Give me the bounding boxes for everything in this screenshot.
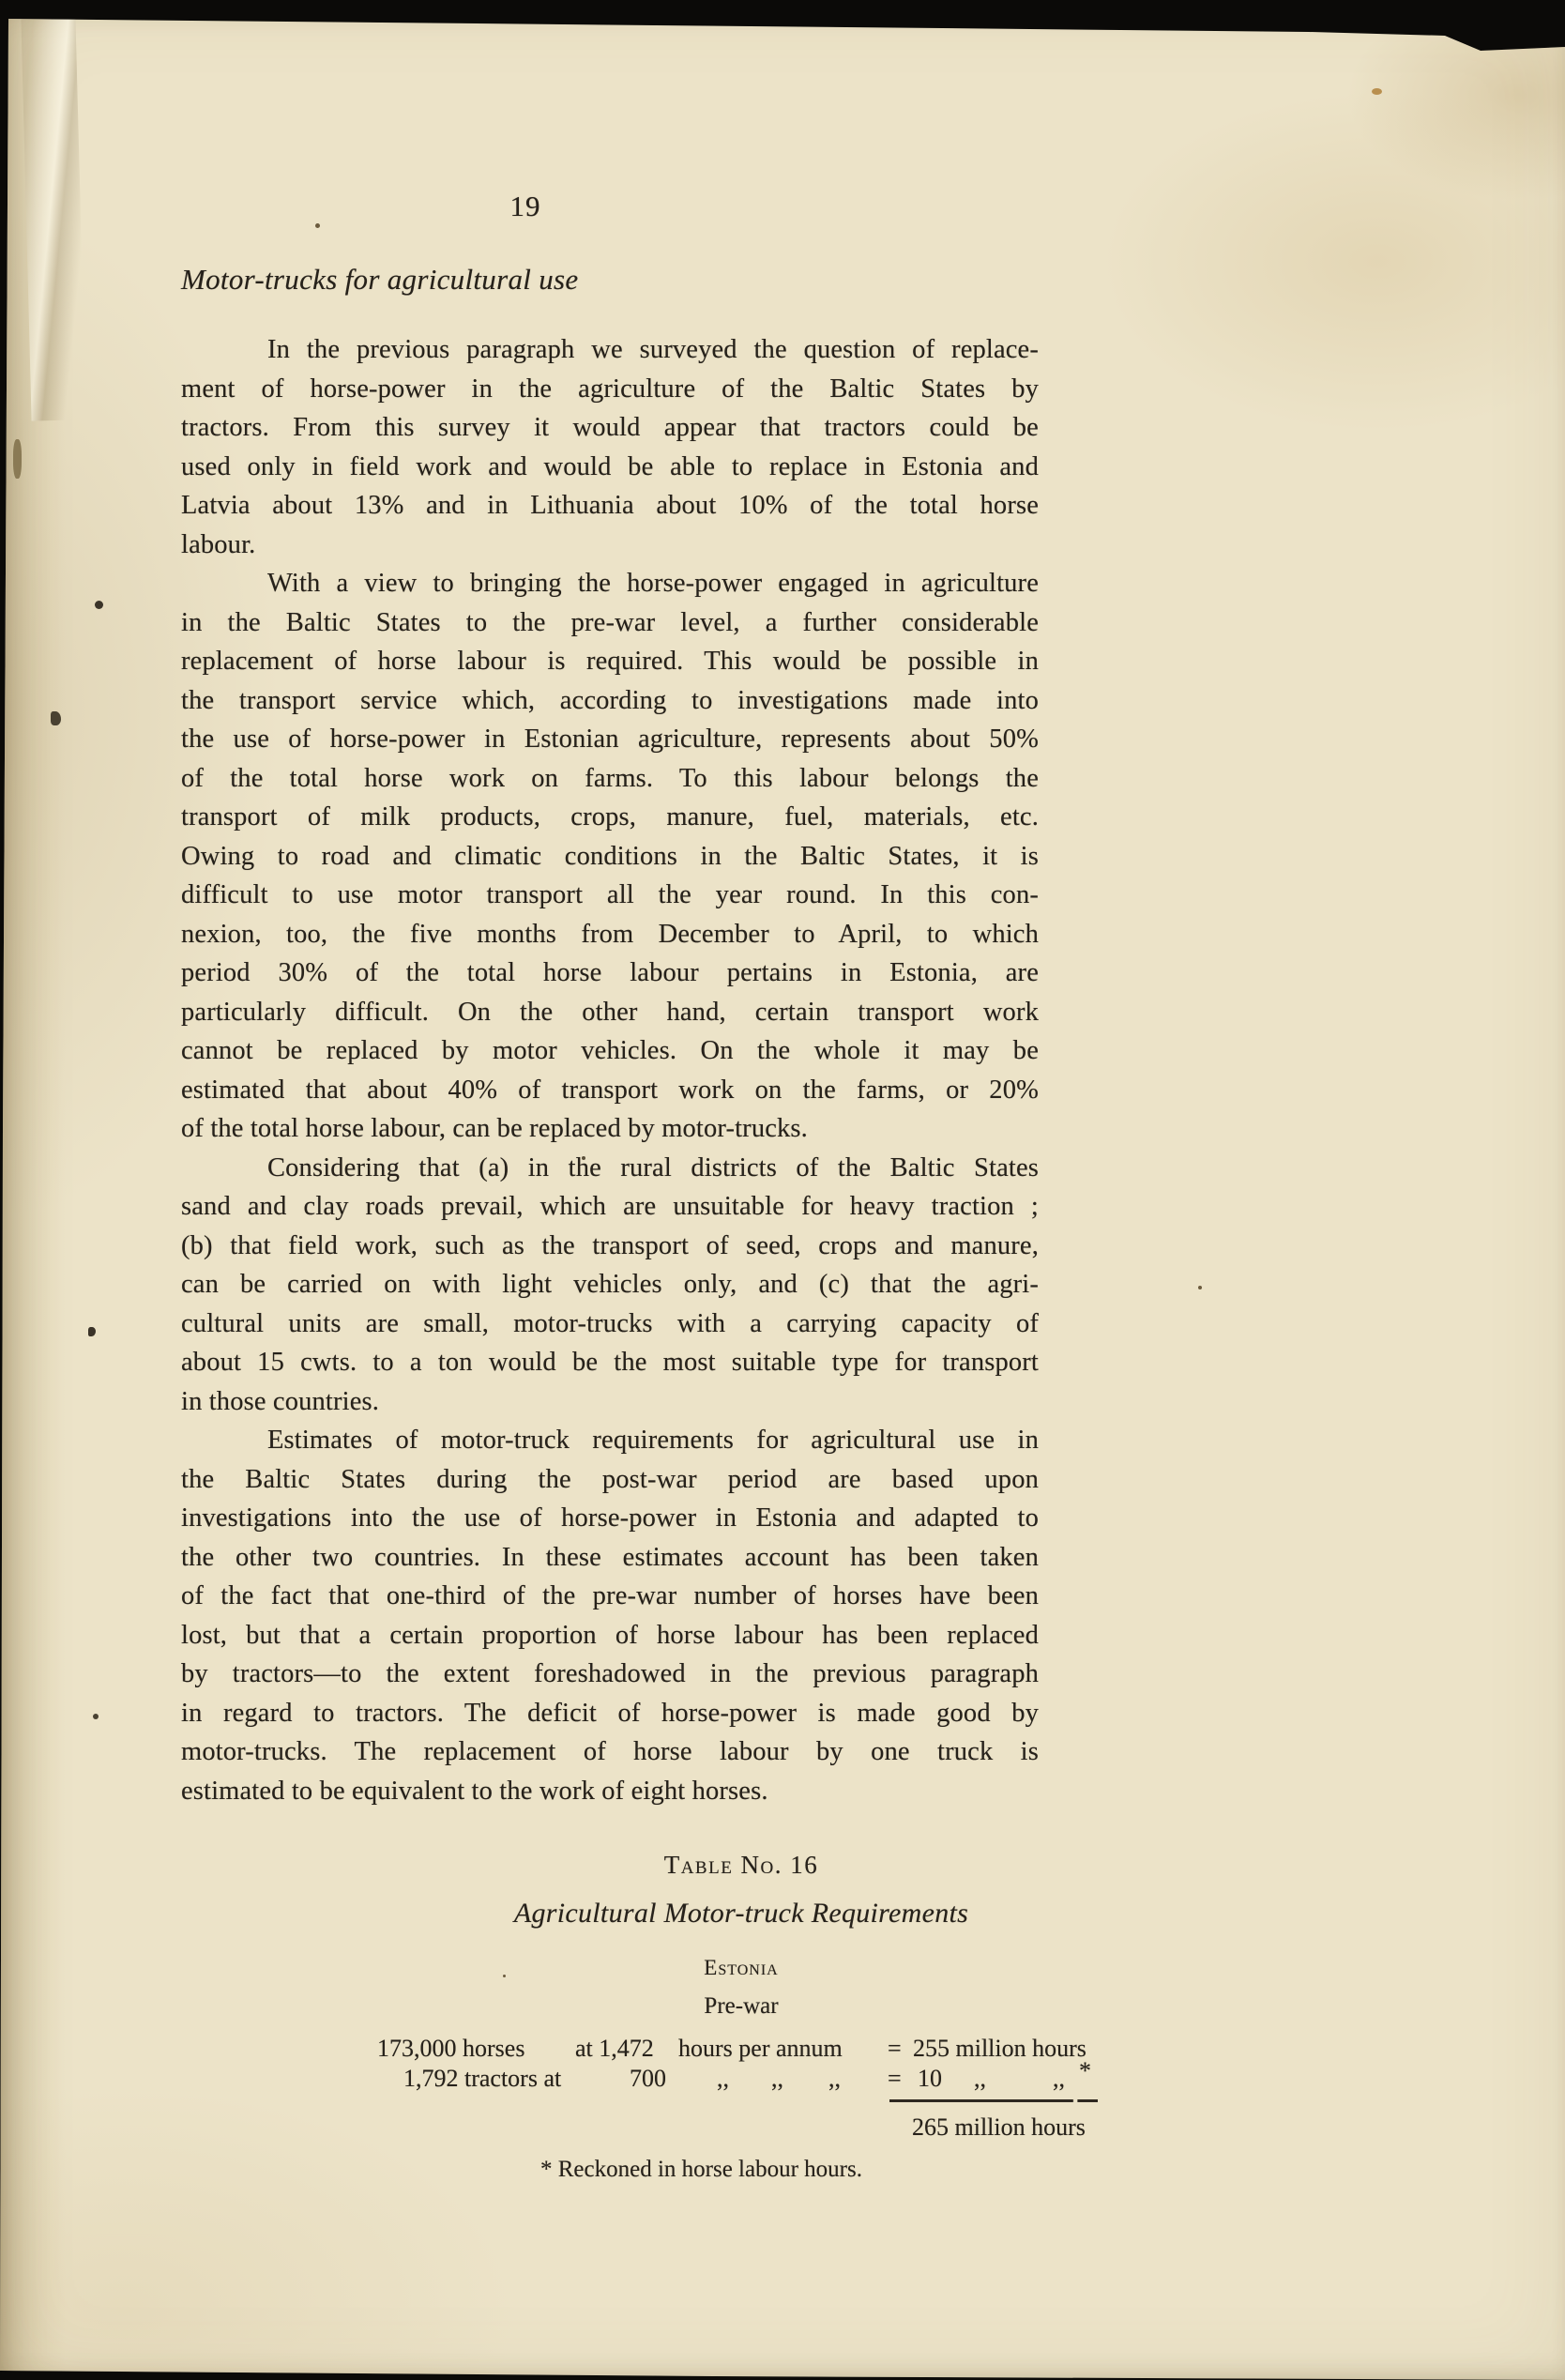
text-line: (b) that field work, such as the transpo… <box>181 1227 1039 1266</box>
footnote-asterisk: * <box>1079 2057 1091 2085</box>
ink-speck <box>88 1327 96 1336</box>
text-line: can be carried on with light vehicles on… <box>181 1265 1039 1304</box>
text-line: estimated to be equivalent to the work o… <box>181 1772 1039 1811</box>
text-line: ment of horse-power in the agriculture o… <box>181 370 1039 409</box>
text-line: period 30% of the total horse labour per… <box>181 954 1039 993</box>
row2-rate: 700 <box>630 2065 666 2093</box>
text-line: about 15 cwts. to a ton would be the mos… <box>181 1343 1039 1382</box>
row2-equals-sign: = <box>888 2065 902 2093</box>
text-line: replacement of horse labour is required.… <box>181 642 1039 681</box>
text-line: the use of horse-power in Estonian agric… <box>181 720 1039 759</box>
row2-quantity: 1,792 tractors at <box>403 2065 561 2093</box>
row2-ditto-mark: ,, <box>1053 2065 1065 2093</box>
text-line: of the fact that one-third of the pre-wa… <box>181 1577 1039 1616</box>
ink-speck <box>95 601 103 609</box>
table-title: Agricultural Motor-truck Requirements <box>0 1898 1482 1930</box>
table-total: 265 million hours <box>912 2113 1086 2142</box>
paper-crease <box>21 16 85 420</box>
row1-rate: at 1,472 <box>575 2035 654 2063</box>
row2-ditto-mark: ,, <box>771 2065 783 2093</box>
ink-speck <box>315 223 320 228</box>
text-line: Owing to road and climatic conditions in… <box>181 837 1039 877</box>
ink-speck <box>93 1714 99 1719</box>
text-line: used only in field work and would be abl… <box>181 448 1039 487</box>
text-line: estimated that about 40% of transport wo… <box>181 1071 1039 1110</box>
text-line: cannot be replaced by motor vehicles. On… <box>181 1031 1039 1071</box>
ink-speck <box>1372 88 1382 95</box>
table-country-heading: Estonia <box>0 1956 1482 1980</box>
text-line: transport of milk products, crops, manur… <box>181 798 1039 837</box>
text-line: Latvia about 13% and in Lithuania about … <box>181 486 1039 526</box>
body-text: In the previous paragraph we surveyed th… <box>181 330 1039 1810</box>
table-period-heading: Pre-war <box>0 1993 1482 2020</box>
text-line: in the Baltic States to the pre-war leve… <box>181 603 1039 643</box>
row1-quantity: 173,000 horses <box>377 2035 524 2063</box>
text-line: nexion, too, the five months from Decemb… <box>181 915 1039 954</box>
text-line: the other two countries. In these estima… <box>181 1538 1039 1578</box>
text-line: Estimates of motor-truck requirements fo… <box>181 1421 1039 1460</box>
row1-result: 255 million hours <box>913 2035 1086 2063</box>
ink-speck <box>13 439 22 479</box>
table-footnote: * Reckoned in horse labour hours. <box>540 2157 862 2183</box>
text-line: In the previous paragraph we surveyed th… <box>181 330 1039 370</box>
scan-background: 19 Motor-trucks for agricultural use In … <box>0 0 1565 2380</box>
row2-result: 10 <box>918 2065 942 2093</box>
row1-unit: hours per annum <box>678 2035 843 2063</box>
text-line: sand and clay roads prevail, which are u… <box>181 1187 1039 1227</box>
row2-ditto-mark: ,, <box>717 2065 729 2093</box>
ink-speck <box>51 711 61 725</box>
text-line: labour. <box>181 526 1039 565</box>
text-line: investigations into the use of horse-pow… <box>181 1499 1039 1538</box>
page: 19 Motor-trucks for agricultural use In … <box>0 0 1565 2380</box>
text-line: difficult to use motor transport all the… <box>181 876 1039 915</box>
text-line: cultural units are small, motor-trucks w… <box>181 1304 1039 1344</box>
text-line: the Baltic States during the post-war pe… <box>181 1460 1039 1500</box>
ink-speck <box>1198 1286 1202 1289</box>
table-label: Table No. 16 <box>0 1851 1482 1880</box>
text-line: motor-trucks. The replacement of horse l… <box>181 1732 1039 1772</box>
text-line: of the total horse work on farms. To thi… <box>181 759 1039 799</box>
section-heading: Motor-trucks for agricultural use <box>181 263 578 297</box>
sum-rule <box>889 2099 1098 2102</box>
text-line: by tractors—to the extent foreshadowed i… <box>181 1655 1039 1694</box>
text-line: in those countries. <box>181 1382 1039 1422</box>
text-line: of the total horse labour, can be replac… <box>181 1109 1039 1149</box>
row2-ditto-mark: ,, <box>828 2065 841 2093</box>
text-line: particularly difficult. On the other han… <box>181 993 1039 1032</box>
text-line: lost, but that a certain proportion of h… <box>181 1616 1039 1655</box>
text-line: With a view to bringing the horse-power … <box>181 564 1039 603</box>
text-line: tractors. From this survey it would appe… <box>181 408 1039 448</box>
text-line: the transport service which, according t… <box>181 681 1039 721</box>
text-line: Considering that (a) in the rural distri… <box>181 1149 1039 1188</box>
page-number: 19 <box>474 190 577 223</box>
text-line: in regard to tractors. The deficit of ho… <box>181 1694 1039 1733</box>
row1-equals-sign: = <box>888 2035 902 2063</box>
row2-ditto-mark: ,, <box>974 2065 986 2093</box>
